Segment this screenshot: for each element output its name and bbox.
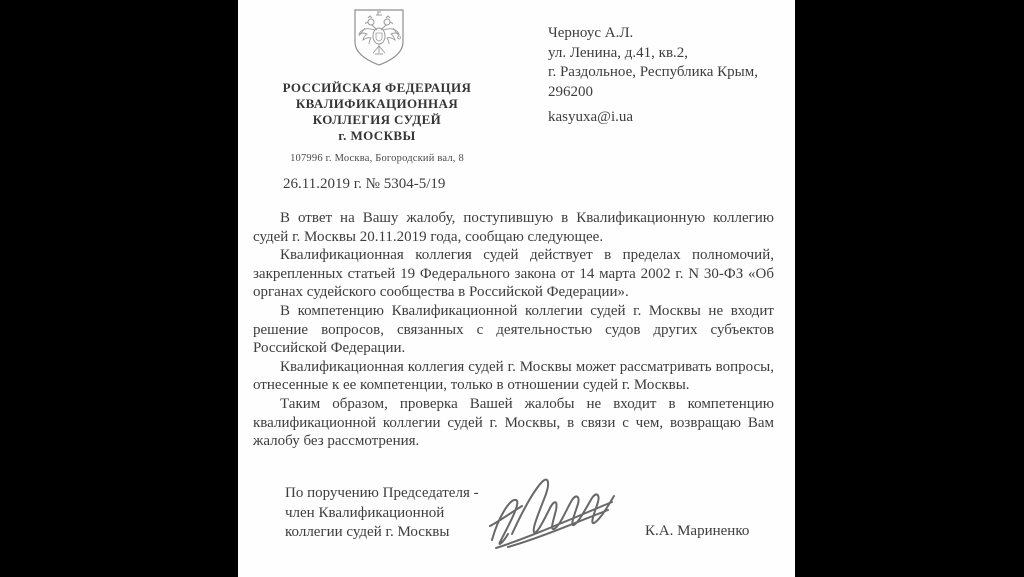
paragraph-4: Квалификационная коллегия судей г. Москв… — [253, 358, 774, 395]
russian-coat-of-arms-icon — [351, 6, 407, 68]
recipient-name: Черноус А.Л. — [548, 24, 783, 44]
scanned-letter-viewer: РОССИЙСКАЯ ФЕДЕРАЦИЯ КВАЛИФИКАЦИОННАЯ КО… — [0, 0, 1024, 577]
recipient-zip: 296200 — [548, 83, 783, 103]
paragraph-2: Квалификационная коллегия судей действуе… — [253, 246, 774, 302]
letter-date-number: 26.11.2019 г. № 5304-5/19 — [283, 176, 445, 193]
org-line-1: КВАЛИФИКАЦИОННАЯ — [267, 96, 487, 112]
recipient-city: г. Раздольное, Республика Крым, — [548, 63, 783, 83]
paragraph-1: В ответ на Вашу жалобу, поступившую в Кв… — [253, 209, 774, 246]
paragraph-5: Таким образом, проверка Вашей жалобы не … — [253, 395, 774, 451]
org-line-city: г. МОСКВЫ — [267, 128, 487, 144]
org-line-2: КОЛЛЕГИЯ СУДЕЙ — [267, 112, 487, 128]
letter-body: В ответ на Вашу жалобу, поступившую в Кв… — [253, 209, 774, 451]
recipient-block: Черноус А.Л. ул. Ленина, д.41, кв.2, г. … — [548, 24, 783, 128]
org-line-country: РОССИЙСКАЯ ФЕДЕРАЦИЯ — [267, 80, 487, 96]
paragraph-3: В компетенцию Квалификационной коллегии … — [253, 302, 774, 358]
signer-name: К.А. Мариненко — [645, 523, 749, 540]
letterhead-postal-address: 107996 г. Москва, Богородский вал, 8 — [247, 153, 507, 164]
recipient-email: kasyuxa@i.ua — [548, 108, 783, 128]
handwritten-signature — [478, 468, 618, 553]
recipient-street: ул. Ленина, д.41, кв.2, — [548, 44, 783, 64]
letterhead-org-name: РОССИЙСКАЯ ФЕДЕРАЦИЯ КВАЛИФИКАЦИОННАЯ КО… — [267, 80, 487, 144]
letter-page: РОССИЙСКАЯ ФЕДЕРАЦИЯ КВАЛИФИКАЦИОННАЯ КО… — [238, 0, 795, 577]
